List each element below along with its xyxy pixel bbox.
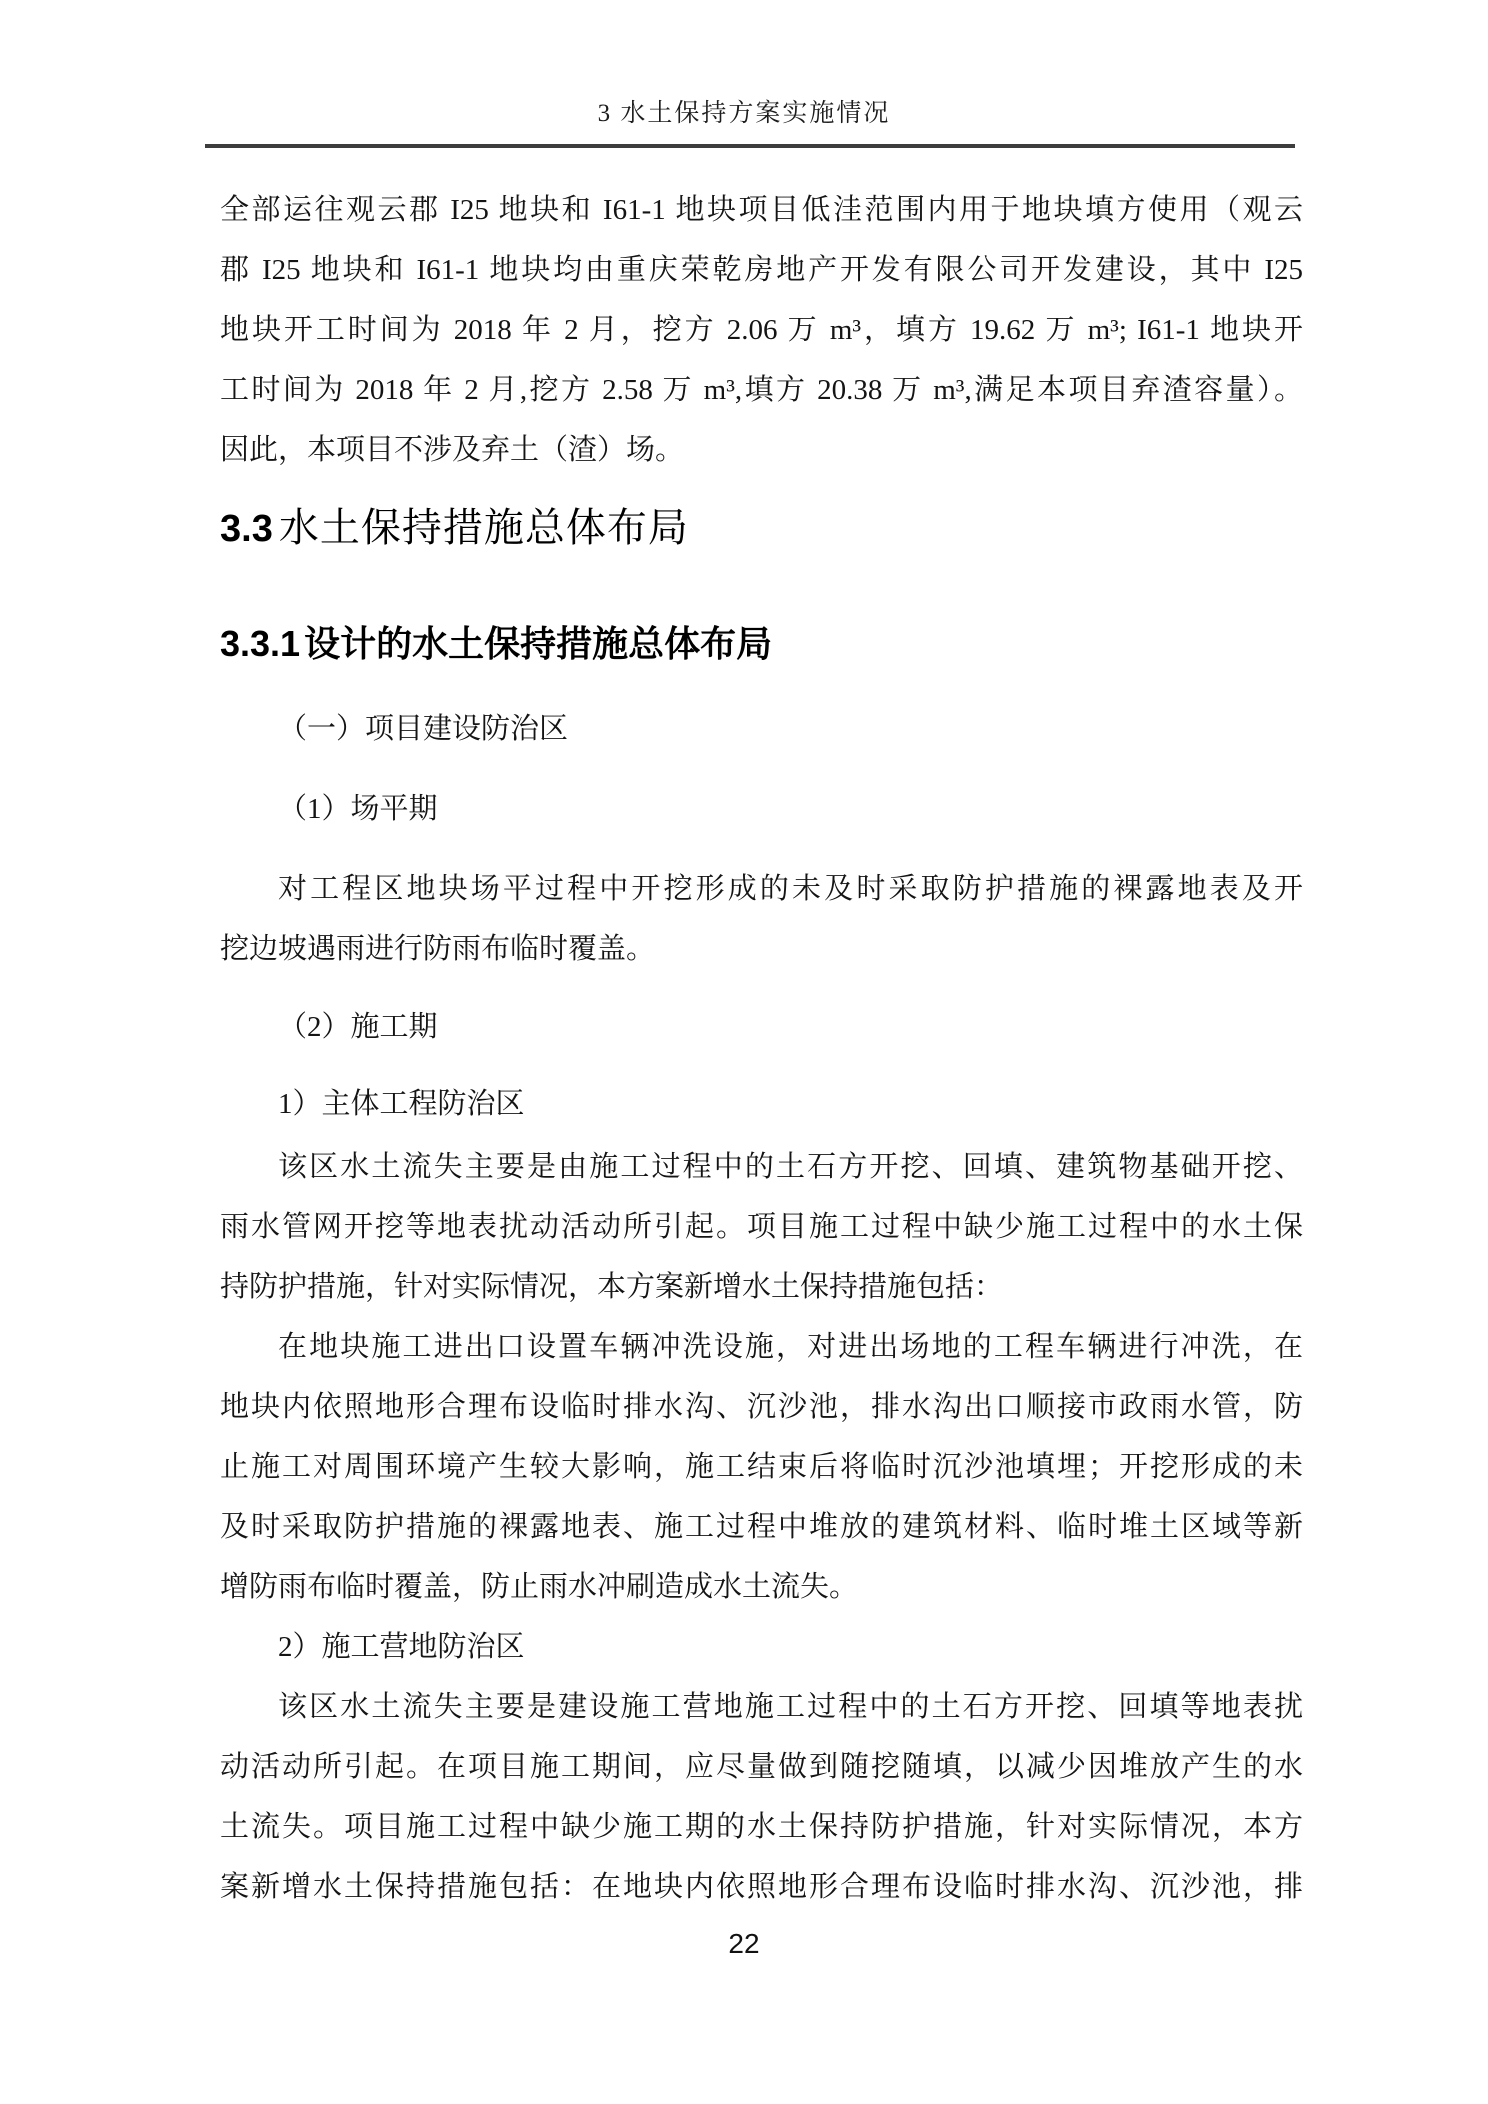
text-line: 该区水土流失主要是由施工过程中的土石方开挖、回填、建筑物基础开挖、 [220,1137,1303,1197]
section-heading-3-3: 3.3水土保持措施总体布局 [220,504,1303,553]
paragraph-measures: 在地块施工进出口设置车辆冲洗设施，对进出场地的工程车辆进行冲洗，在 地块内依照地… [220,1317,1303,1617]
text-line: 增防雨布临时覆盖，防止雨水冲刷造成水土流失。 [220,1557,1303,1617]
subheading-project-zone: （一）项目建设防治区 [220,699,1303,759]
text-line: 止施工对周围环境产生较大影响，施工结束后将临时沉沙池填埋；开挖形成的未 [220,1437,1303,1497]
header-rule [205,144,1295,148]
text-line: 因此，本项目不涉及弃土（渣）场。 [220,420,1303,480]
document-page: 3 水土保持方案实施情况 全部运往观云郡 I25 地块和 I61-1 地块项目低… [0,0,1488,2104]
subheading-construction-period: （2）施工期 [220,997,1303,1057]
text-line: 郡 I25 地块和 I61-1 地块均由重庆荣乾房地产开发有限公司开发建设，其中… [220,240,1303,300]
text-line: 挖边坡遇雨进行防雨布临时覆盖。 [220,919,1303,979]
paragraph-main-works: 该区水土流失主要是由施工过程中的土石方开挖、回填、建筑物基础开挖、 雨水管网开挖… [220,1137,1303,1317]
text-line: 工时间为 2018 年 2 月,挖方 2.58 万 m³,填方 20.38 万 … [220,360,1303,420]
text-line: 该区水土流失主要是建设施工营地施工过程中的土石方开挖、回填等地表扰 [220,1677,1303,1737]
text-line: 地块开工时间为 2018 年 2 月，挖方 2.06 万 m³，填方 19.62… [220,300,1303,360]
section-title-text: 设计的水土保持措施总体布局 [304,623,772,664]
page-content: 全部运往观云郡 I25 地块和 I61-1 地块项目低洼范围内用于地块填方使用（… [220,180,1303,1917]
page-header-title: 3 水土保持方案实施情况 [0,0,1488,130]
text-line: 全部运往观云郡 I25 地块和 I61-1 地块项目低洼范围内用于地块填方使用（… [220,180,1303,240]
text-line: 在地块施工进出口设置车辆冲洗设施，对进出场地的工程车辆进行冲洗，在 [220,1317,1303,1377]
section-heading-3-3-1: 3.3.1设计的水土保持措施总体布局 [220,621,1303,667]
section-title-text: 水土保持措施总体布局 [279,505,689,550]
text-line: 地块内依照地形合理布设临时排水沟、沉沙池，排水沟出口顺接市政雨水管，防 [220,1377,1303,1437]
subheading-main-works-zone: 1）主体工程防治区 [220,1074,1303,1134]
text-line: 及时采取防护措施的裸露地表、施工过程中堆放的建筑材料、临时堆土区域等新 [220,1497,1303,1557]
page-number: 22 [0,1926,1488,1962]
section-number: 3.3 [220,508,273,550]
text-line: 动活动所引起。在项目施工期间，应尽量做到随挖随填，以减少因堆放产生的水 [220,1737,1303,1797]
section-number: 3.3.1 [220,623,300,664]
text-line: 雨水管网开挖等地表扰动活动所引起。项目施工过程中缺少施工过程中的水土保 [220,1197,1303,1257]
paragraph-camp: 该区水土流失主要是建设施工营地施工过程中的土石方开挖、回填等地表扰 动活动所引起… [220,1677,1303,1917]
subheading-grading-period: （1）场平期 [220,779,1303,839]
text-line: 土流失。项目施工过程中缺少施工期的水土保持防护措施，针对实际情况，本方 [220,1797,1303,1857]
text-line: 持防护措施，针对实际情况，本方案新增水土保持措施包括： [220,1257,1303,1317]
paragraph-grading: 对工程区地块场平过程中开挖形成的未及时采取防护措施的裸露地表及开 挖边坡遇雨进行… [220,859,1303,979]
paragraph-intro: 全部运往观云郡 I25 地块和 I61-1 地块项目低洼范围内用于地块填方使用（… [220,180,1303,480]
text-line: 对工程区地块场平过程中开挖形成的未及时采取防护措施的裸露地表及开 [220,859,1303,919]
subheading-camp-zone: 2）施工营地防治区 [220,1617,1303,1677]
text-line: 案新增水土保持措施包括：在地块内依照地形合理布设临时排水沟、沉沙池，排 [220,1857,1303,1917]
